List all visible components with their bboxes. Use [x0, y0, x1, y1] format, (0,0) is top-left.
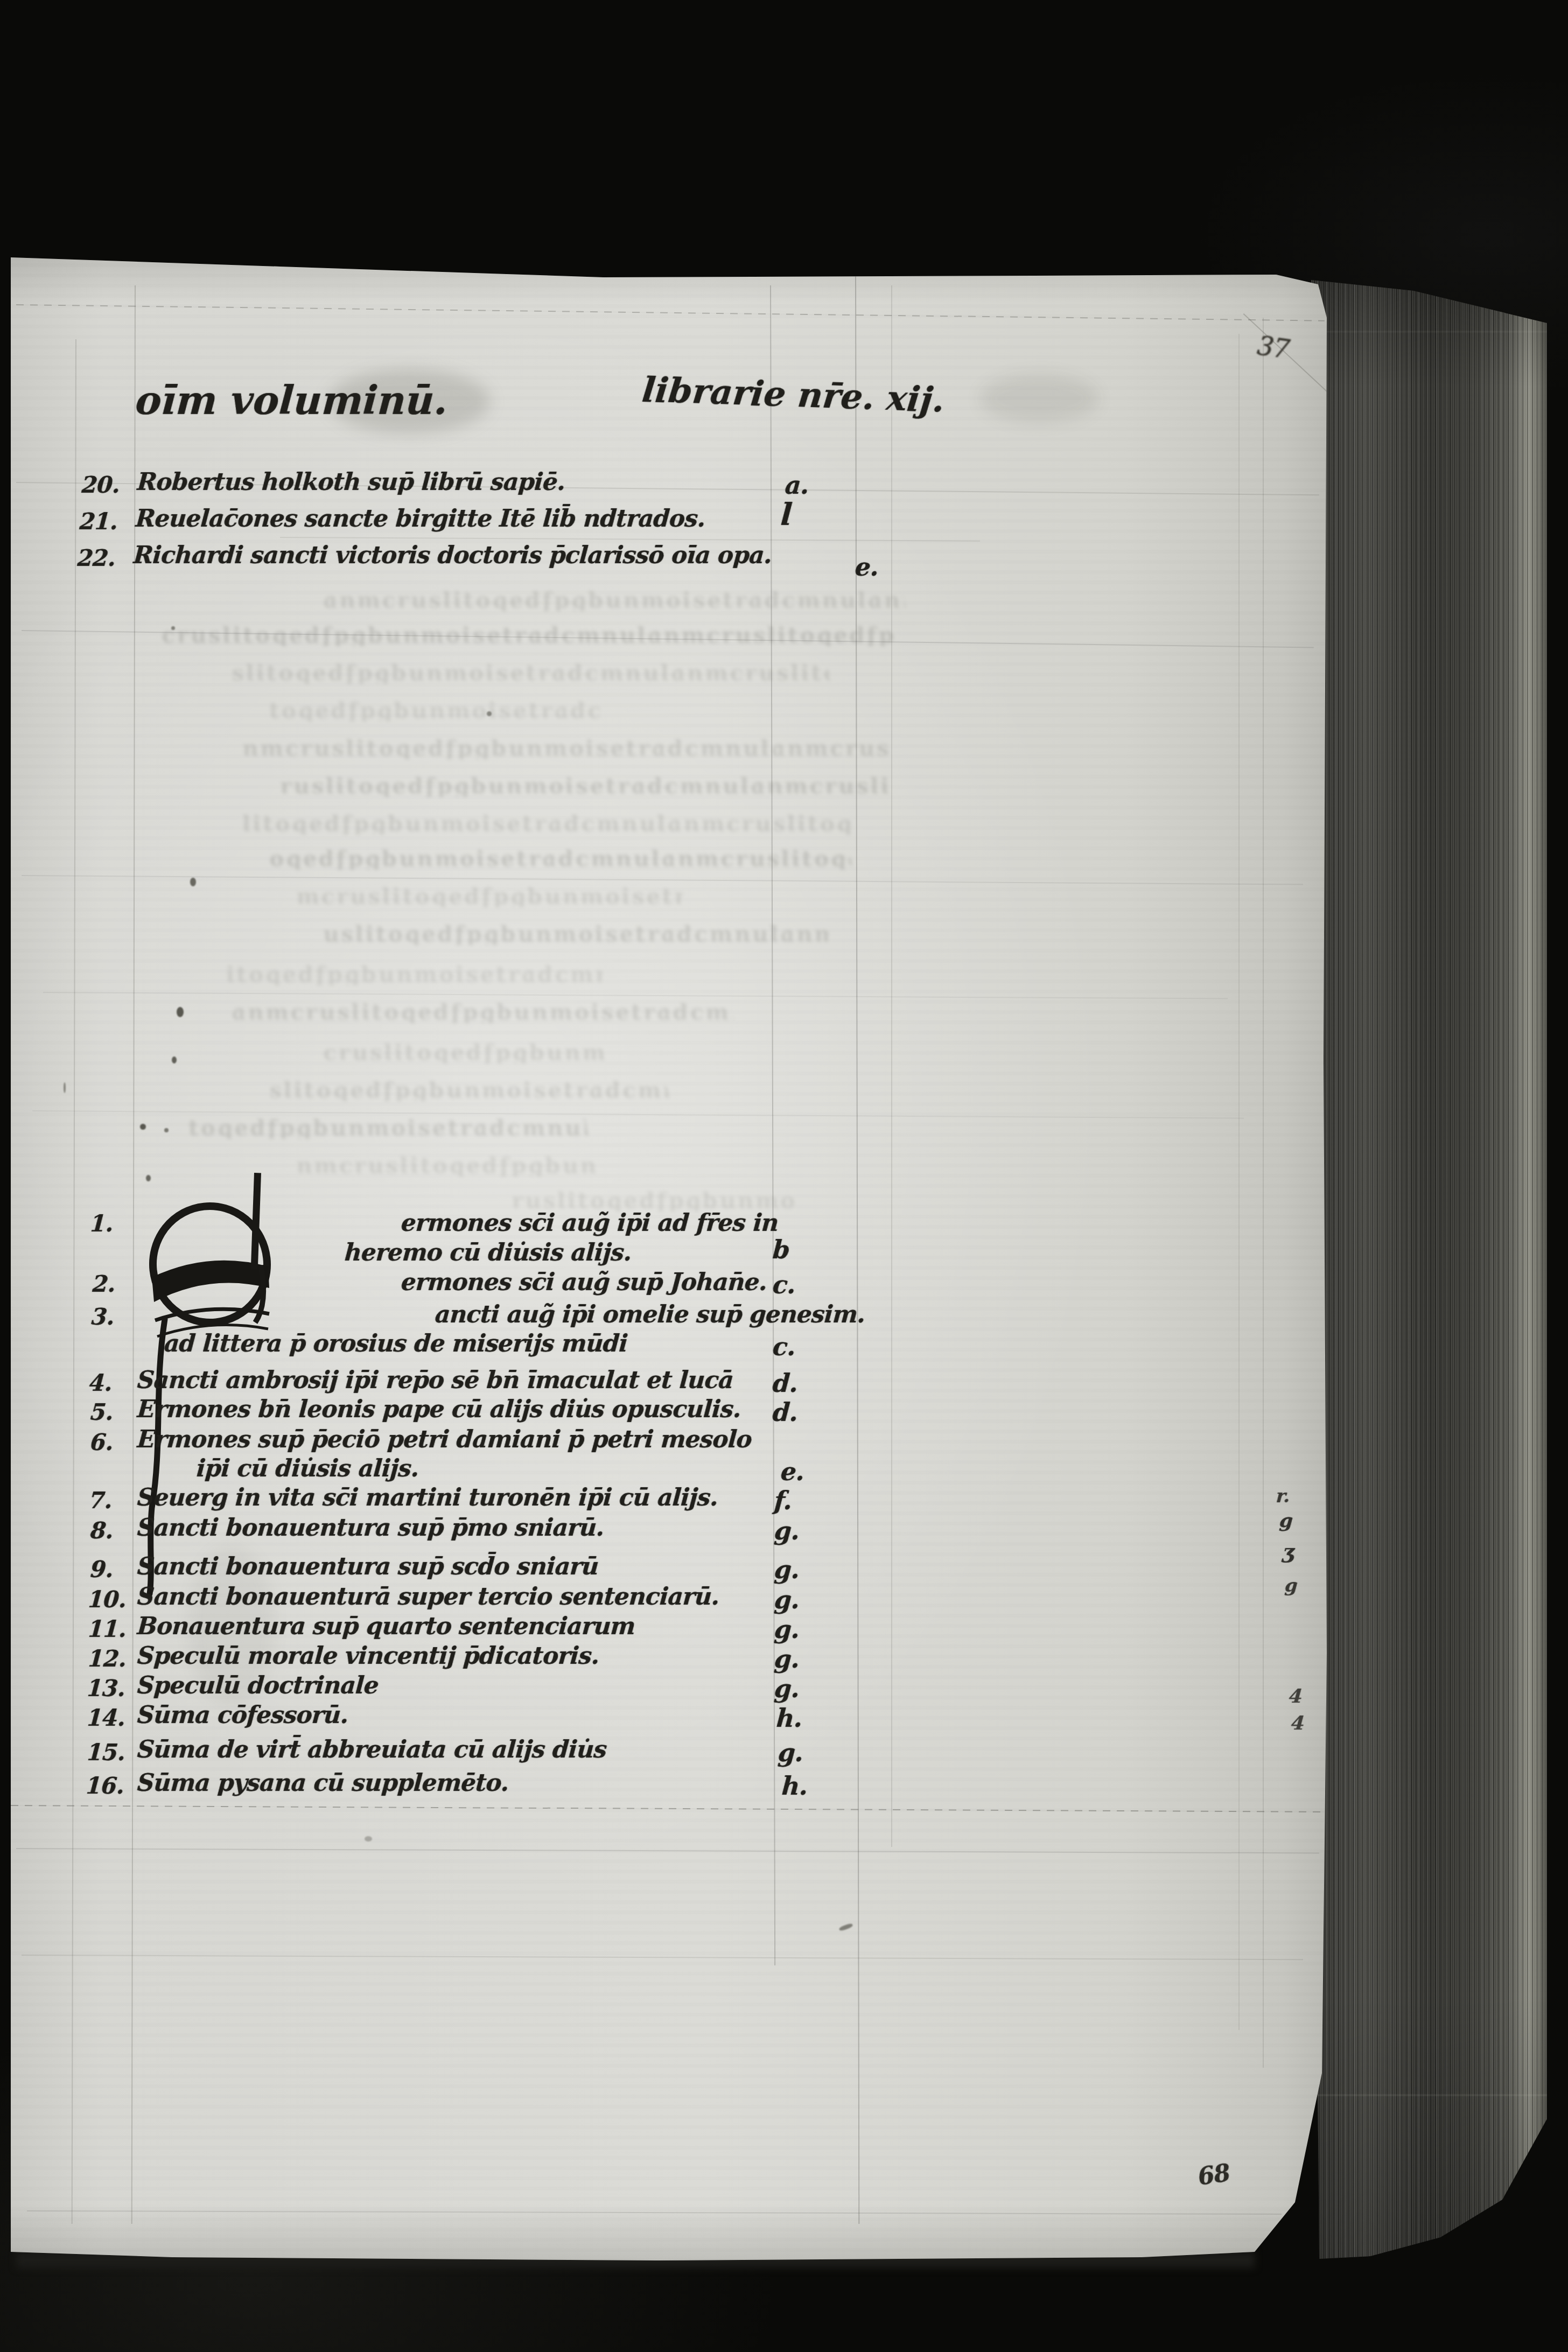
entry-number: 4. — [89, 1372, 113, 1395]
ink-speck — [487, 711, 492, 716]
margin-mark: 4 — [1291, 1713, 1305, 1733]
entry-text: Speculū morale vincentij p̄dicatoris. — [136, 1644, 600, 1668]
entry-text: Sancti bonauentura sup̄ p̄mo sniarū. — [136, 1516, 605, 1540]
entry-text: ad littera p̄ orosius de miserijs mūdi — [163, 1332, 628, 1356]
bleed-through-row: n m c r u s l i t o q e d f p g b u n m … — [294, 1155, 599, 1177]
shelf-mark: c. — [772, 1272, 796, 1297]
shelf-mark: e. — [854, 555, 879, 579]
entry-text: Sancti bonauentura sup̄ scd̄o sniarū — [136, 1555, 599, 1579]
ruling-line-vertical — [1238, 334, 1240, 2030]
bleed-through-row: s l i t o q e d f p g b u n m o i s e t … — [229, 662, 831, 684]
bleed-through-row: n m c r u s l i t o q e d f p g b u n m … — [240, 738, 890, 759]
bleed-through-row: m c r u s l i t o q e d f p g b u n m o … — [294, 886, 685, 907]
entry-number: 22. — [77, 547, 116, 570]
entry-number: 13. — [87, 1677, 126, 1700]
manuscript-page: a n m c r u s l i t o q e d f p g b u n … — [11, 253, 1335, 2264]
shelf-mark: g. — [773, 1557, 800, 1582]
bleed-through-row: c r u s l i t o q e d f p g b u n m o i … — [159, 625, 895, 646]
entry-text: Sancti ambrosij ip̄i rep̄o sē bn̄ īmacul… — [136, 1369, 734, 1392]
entry-number: 3. — [91, 1306, 115, 1328]
margin-mark: r. — [1276, 1487, 1290, 1506]
entry-text: Ermones bn̄ leonis pape cū alijs diu̇s o… — [136, 1398, 741, 1422]
folio-number-bottom: 68 — [1196, 2161, 1231, 2189]
shelf-mark: h. — [775, 1706, 803, 1731]
bleed-through-row: i t o q e d f p g b u n m o i s e t r a … — [224, 964, 605, 985]
ink-speck — [365, 1836, 372, 1842]
entry-number: 16. — [86, 1775, 125, 1797]
entry-text: ip̄i cū diu̇sis alijs. — [195, 1457, 419, 1481]
folio-number: 37 — [1256, 333, 1291, 363]
margin-mark: g — [1284, 1577, 1298, 1595]
ruling-line-horizontal — [22, 1955, 1303, 1960]
entry-number: 2. — [92, 1273, 116, 1296]
ruling-line-vertical — [72, 339, 76, 2224]
bleed-through-row: o q e d f p g b u n m o i s e t r a d c … — [267, 848, 852, 870]
ruling-line-horizontal — [280, 537, 980, 542]
ruling-line-vertical — [1263, 318, 1264, 2068]
entry-number: 10. — [88, 1588, 127, 1611]
ink-stain — [980, 374, 1098, 423]
entry-number: 14. — [87, 1707, 126, 1730]
bleed-through-row: r u s l i t o q e d f p g b u n m o i s … — [509, 1190, 799, 1212]
ink-speck — [177, 1007, 184, 1017]
entry-text: Ermones sup̄ p̄eciō petri damiani p̄ pet… — [136, 1428, 752, 1452]
page-heading-right: librarie nr̄e. xij. — [641, 373, 947, 418]
bleed-through-row: a n m c r u s l i t o q e d f p g b u n … — [229, 1002, 734, 1023]
ruling-line-vertical — [770, 285, 775, 1965]
bleed-through-row: s l i t o q e d f p g b u n m o i s e t … — [267, 1080, 669, 1101]
entry-text: Reuelac̄ones sancte birgitte Itē lib̄ nd… — [135, 507, 706, 531]
shelf-mark: g. — [773, 1647, 800, 1671]
bleed-through-row: t o q e d f p g b u n m o i s e t r a d … — [186, 1117, 589, 1139]
entry-text: Sūma cōfessorū. — [136, 1704, 349, 1727]
shelf-mark: b — [772, 1237, 790, 1262]
shelf-mark: h. — [781, 1774, 808, 1798]
ruling-line-horizontal — [43, 992, 1228, 999]
entry-text: ermones sc̄i aug̃ ip̄i ad fr̄es in — [400, 1212, 779, 1235]
bleed-through-row: l i t o q e d f p g b u n m o i s e t r … — [240, 813, 852, 835]
entry-text: Robertus holkoth sup̄ librū sapiē. — [136, 471, 565, 494]
ruling-line-horizontal — [22, 875, 1303, 885]
bleed-through-row: r u s l i t o q e d f p g b u n m o i s … — [278, 775, 890, 797]
ink-speck — [64, 1082, 66, 1093]
entry-number: 12. — [88, 1648, 127, 1670]
ink-speck — [838, 1923, 853, 1931]
ruling-line-horizontal — [16, 304, 1325, 321]
margin-mark: ʒ — [1282, 1541, 1294, 1562]
entry-number: 9. — [90, 1558, 114, 1581]
shelf-mark: g. — [773, 1676, 800, 1701]
shelf-mark: f. — [773, 1488, 792, 1513]
entry-text: Speculū doctrinale — [136, 1674, 379, 1698]
entry-text: ancti aug̃ ip̄i omelie sup̄ genesim. — [434, 1303, 865, 1327]
entry-number: 1. — [90, 1213, 114, 1235]
bleed-through-row: u s l i t o q e d f p g b u n m o i s e … — [321, 923, 831, 945]
shelf-mark: l — [780, 500, 793, 530]
shelf-mark: g. — [773, 1518, 800, 1543]
ink-speck — [171, 626, 175, 630]
page-heading-left: oīm voluminū. — [134, 381, 449, 420]
entry-number: 7. — [89, 1489, 113, 1512]
entry-text: Sūma pysana cū supplemēto. — [136, 1772, 509, 1795]
entry-number: 6. — [90, 1431, 114, 1454]
ruling-line-horizontal — [11, 1805, 1325, 1812]
ink-speck — [172, 1056, 177, 1063]
shelf-mark: g. — [773, 1617, 800, 1642]
entry-number: 11. — [88, 1618, 127, 1641]
ink-speck — [164, 1128, 169, 1132]
bleed-through-row: c r u s l i t o q e d f p g b u n m o i … — [321, 1042, 605, 1063]
ruling-line-vertical — [891, 285, 892, 1847]
margin-mark: 4 — [1289, 1686, 1303, 1706]
entry-number: 8. — [90, 1520, 114, 1542]
shelf-mark: d. — [772, 1371, 798, 1396]
ink-speck — [190, 878, 196, 886]
entry-text: Sancti bonauenturā super tercio sentenci… — [136, 1585, 720, 1609]
manuscript-photo: a n m c r u s l i t o q e d f p g b u n … — [0, 0, 1568, 2352]
fore-edge-crack — [1290, 331, 1568, 332]
ruling-line-vertical — [131, 285, 136, 2224]
bleed-through-row: a n m c r u s l i t o q e d f p g b u n … — [321, 590, 906, 611]
book-fore-edge — [1290, 267, 1568, 2278]
shelf-mark: c. — [772, 1334, 796, 1359]
ink-speck — [140, 1124, 146, 1130]
shelf-mark: e. — [780, 1459, 804, 1484]
shelf-mark: d. — [772, 1400, 798, 1425]
fore-edge-crack — [1290, 2095, 1568, 2096]
entry-text: Sūma de virt̄ abbreuiata cū alijs diu̇s — [136, 1738, 607, 1762]
shelf-mark: g. — [773, 1587, 800, 1612]
entry-number: 5. — [90, 1401, 114, 1424]
bleed-through-row: t o q e d f p g b u n m o i s e t r a d … — [267, 700, 605, 722]
entry-text: Bonauentura sup̄ quarto sentenciarum — [136, 1615, 636, 1639]
ruling-line-horizontal — [16, 1848, 1319, 1853]
entry-text: heremo cū diu̇sis alijs. — [344, 1241, 632, 1265]
entry-text: Richardi sancti victoris doctoris p̄clar… — [132, 544, 772, 568]
margin-mark: g — [1279, 1511, 1293, 1530]
shelf-mark: a. — [784, 473, 809, 498]
shelf-mark: g. — [777, 1740, 803, 1765]
entry-number: 15. — [87, 1741, 126, 1764]
entry-number: 21. — [79, 510, 118, 533]
ruling-line-horizontal — [27, 2210, 1282, 2215]
entry-text: ermones sc̄i aug̃ sup̄ Johan̄e. — [400, 1271, 767, 1294]
entry-text: Seuerg in vita sc̄i martini turonēn ip̄i… — [136, 1486, 718, 1510]
entry-number: 20. — [81, 474, 121, 496]
